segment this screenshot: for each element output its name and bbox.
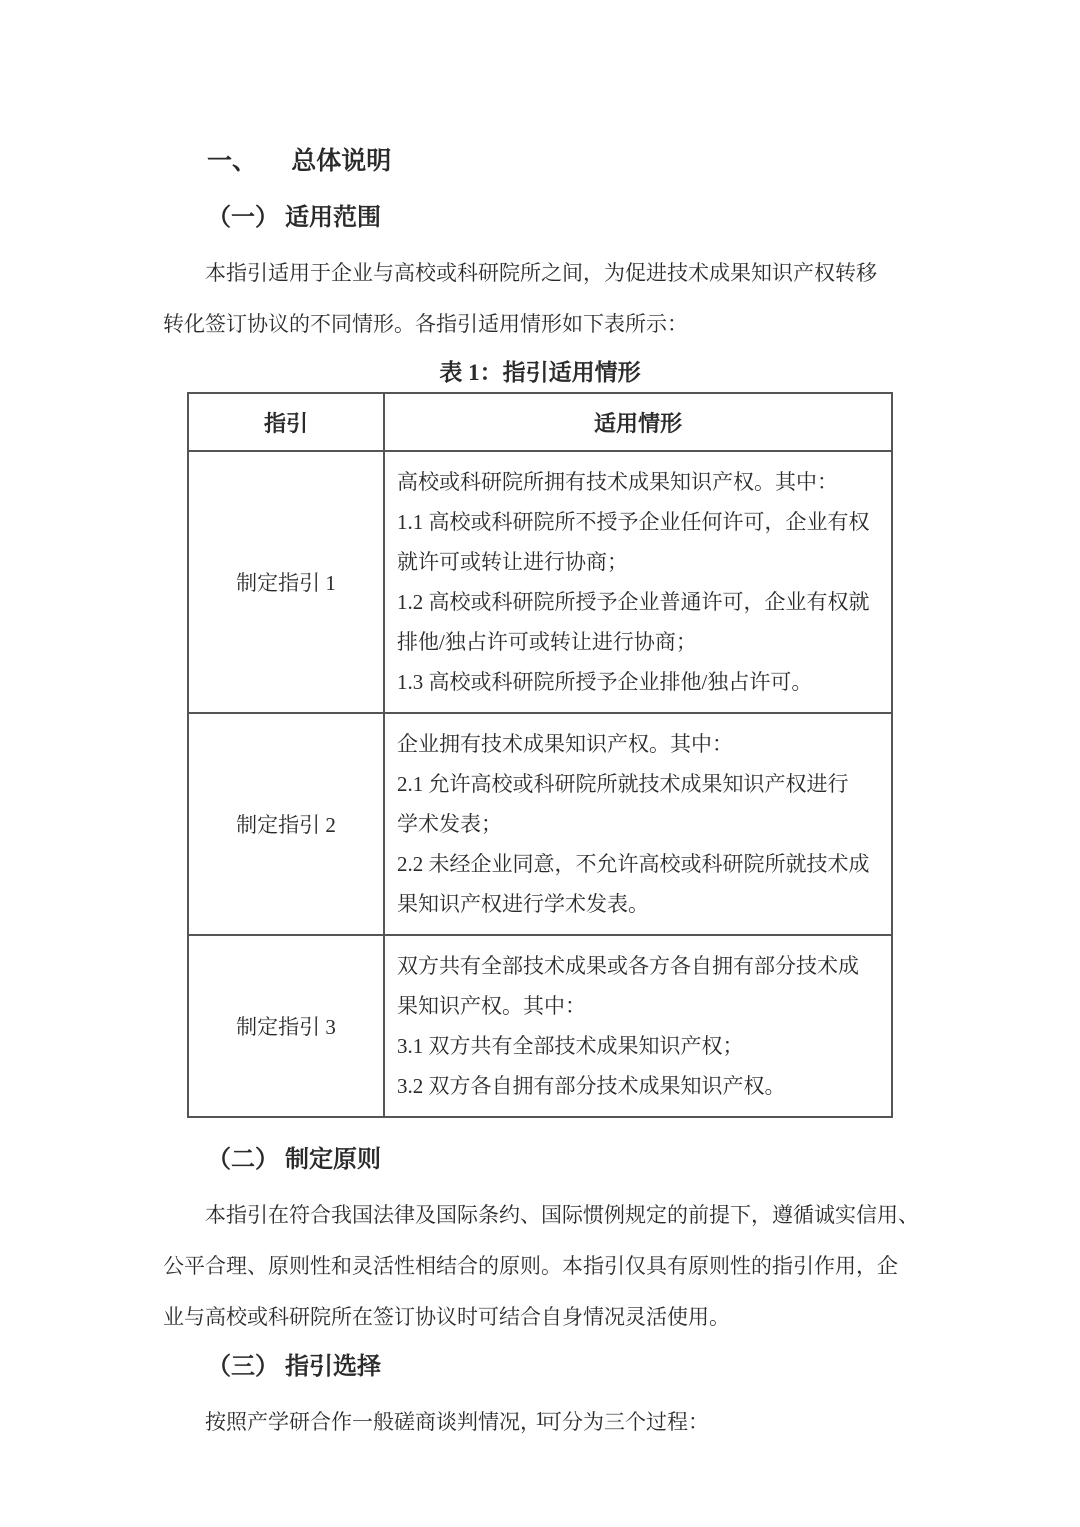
guide-3-name-cell: 制定指引 3 <box>188 935 384 1117</box>
guide-2-name-cell: 制定指引 2 <box>188 713 384 935</box>
paragraph-scope-of-application: 本指引适用于企业与高校或科研院所之间，为促进技术成果知识产权转移 转化签订协议的… <box>163 248 933 350</box>
heading-number: 一、 <box>207 148 257 175</box>
table-row-guide-2: 制定指引 2 企业拥有技术成果知识产权。其中： 2.1 允许高校或科研院所就技术… <box>188 713 892 935</box>
document-content: 一、 总体说明 （一） 适用范围 本指引适用于企业与高校或科研院所之间，为促进技… <box>163 0 933 1448</box>
column-header-guide: 指引 <box>188 393 384 451</box>
page-number: 1 <box>0 1408 1080 1431</box>
table-row-guide-1: 制定指引 1 高校或科研院所拥有技术成果知识产权。其中： 1.1 高校或科研院所… <box>188 451 892 713</box>
table-row-guide-3: 制定指引 3 双方共有全部技术成果或各方各自拥有部分技术成 果知识产权。其中： … <box>188 935 892 1117</box>
guide-3-scenario-cell: 双方共有全部技术成果或各方各自拥有部分技术成 果知识产权。其中： 3.1 双方共… <box>384 935 892 1117</box>
heading-scope-of-application: （一） 适用范围 <box>163 202 933 234</box>
paragraph-formulation-principles: 本指引在符合我国法律及国际条约、国际惯例规定的前提下，遵循诚实信用、 公平合理、… <box>163 1190 933 1343</box>
guide-2-scenario-cell: 企业拥有技术成果知识产权。其中： 2.1 允许高校或科研院所就技术成果知识产权进… <box>384 713 892 935</box>
heading-formulation-principles: （二） 制定原则 <box>163 1144 933 1176</box>
column-header-scenario: 适用情形 <box>384 393 892 451</box>
heading-overall-description: 一、 总体说明 <box>163 146 933 178</box>
document-page: 一、 总体说明 （一） 适用范围 本指引适用于企业与高校或科研院所之间，为促进技… <box>0 0 1080 1527</box>
heading-guide-selection: （三） 指引选择 <box>163 1351 933 1383</box>
guide-1-name-cell: 制定指引 1 <box>188 451 384 713</box>
table-header-row: 指引 适用情形 <box>188 393 892 451</box>
heading-title: 总体说明 <box>291 148 391 175</box>
guide-applicability-table: 指引 适用情形 制定指引 1 高校或科研院所拥有技术成果知识产权。其中： 1.1… <box>187 392 893 1118</box>
guide-1-scenario-cell: 高校或科研院所拥有技术成果知识产权。其中： 1.1 高校或科研院所不授予企业任何… <box>384 451 892 713</box>
table-caption: 表 1：指引适用情形 <box>187 358 893 388</box>
